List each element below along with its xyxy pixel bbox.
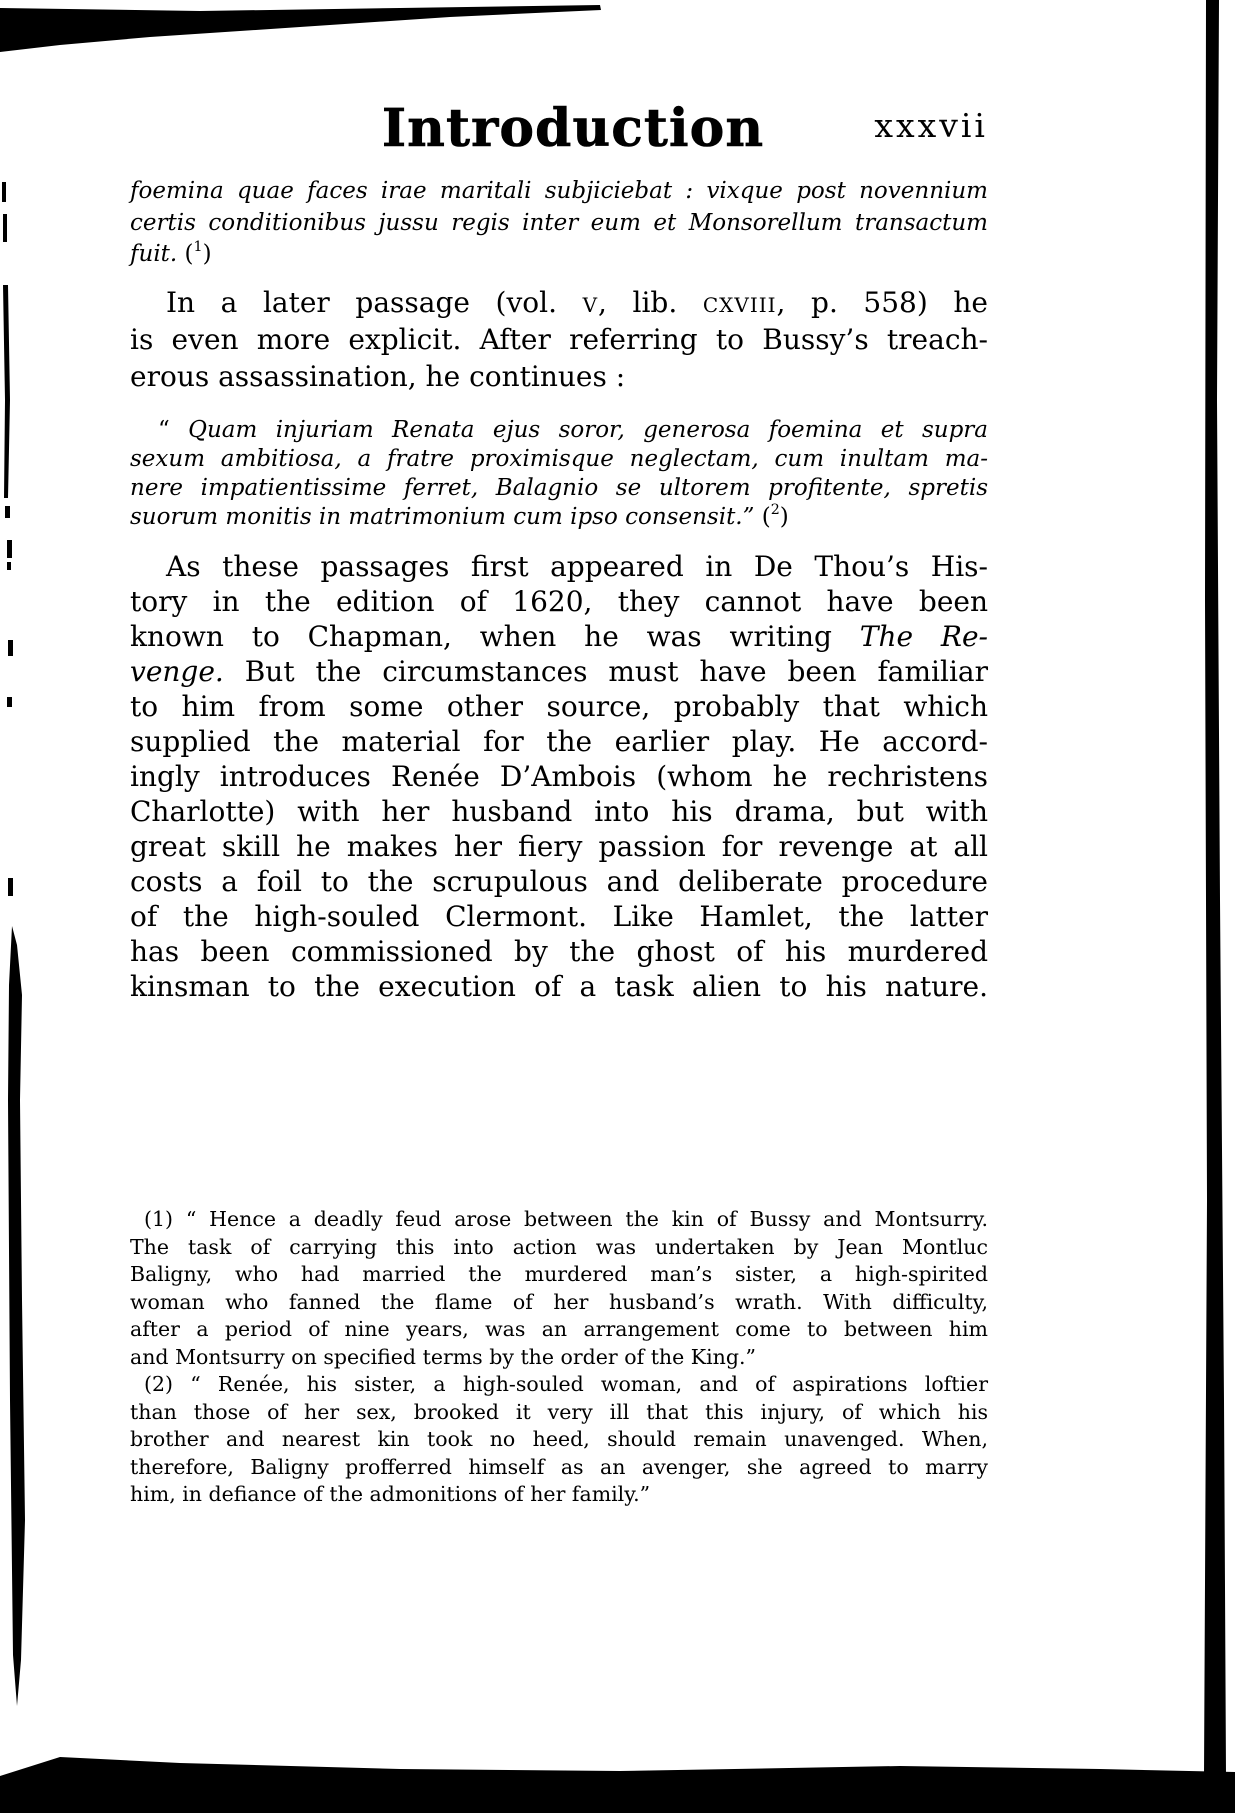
latin-extract-continued: foemina quae faces irae maritali subjici… (130, 176, 988, 271)
footnote-2: (2) “ Renée, his sister, a high-souled w… (130, 1371, 988, 1509)
text-line: tory in the edition of 1620, they cannot… (130, 584, 988, 619)
text-segment: ( (762, 504, 771, 530)
page-header: Introduction xxxvii (130, 98, 988, 170)
text-segment: (2) “ Renée, his sister, a high-souled w… (144, 1372, 988, 1396)
text-line: fuit. (1) (130, 239, 988, 271)
text-line: In a later passage (vol. v, lib. cxviii,… (130, 284, 988, 321)
text-segment: The Re- (860, 620, 988, 653)
text-line: woman who fanned the flame of her husban… (130, 1289, 988, 1317)
text-segment: In a later passage (vol. (166, 286, 583, 319)
text-segment: suorum monitis in matrimonium cum ipso c… (130, 504, 762, 530)
text-line: Baligny, who had married the murdered ma… (130, 1261, 988, 1289)
text-segment: after a period of nine years, was an arr… (130, 1317, 988, 1341)
text-segment: tory in the edition of 1620, they cannot… (130, 585, 988, 618)
text-segment: , p. 558) he (777, 286, 988, 319)
text-segment: ingly introduces Renée D’Ambois (whom he… (130, 760, 988, 793)
paragraph-later-passage: In a later passage (vol. v, lib. cxviii,… (130, 284, 988, 395)
text-segment: him, in defiance of the admonitions of h… (130, 1482, 650, 1506)
text-segment: Baligny, who had married the murdered ma… (130, 1262, 988, 1286)
text-segment: therefore, Baligny profferred himself as… (130, 1455, 988, 1479)
text-line: after a period of nine years, was an arr… (130, 1316, 988, 1344)
text-segment: Quam injuriam Renata ejus soror, generos… (188, 417, 988, 443)
text-segment: v (583, 286, 598, 319)
text-segment: and Montsurry on specified terms by the … (130, 1345, 756, 1369)
scan-artifact-left-streak (8, 926, 25, 1706)
text-segment: is even more explicit. After referring t… (130, 323, 988, 356)
text-line: (1) “ Hence a deadly feud arose between … (130, 1206, 988, 1234)
text-segment: great skill he makes her fiery passion f… (130, 830, 988, 863)
text-line: than those of her sex, brooked it very i… (130, 1399, 988, 1427)
text-line: sexum ambitiosa, a fratre proximisque ne… (130, 445, 988, 474)
book-page: Introduction xxxvii foemina quae faces i… (0, 0, 1235, 1813)
text-line: brother and nearest kin took no heed, sh… (130, 1426, 988, 1454)
text-segment: 1 (194, 239, 203, 255)
text-line: supplied the material for the earlier pl… (130, 724, 988, 759)
text-segment: brother and nearest kin took no heed, sh… (130, 1427, 988, 1451)
text-line: great skill he makes her fiery passion f… (130, 829, 988, 864)
text-segment: woman who fanned the flame of her husban… (130, 1290, 988, 1314)
text-segment: fuit. (130, 241, 185, 267)
text-segment: ) (203, 241, 212, 267)
text-segment: “ (158, 417, 188, 443)
text-segment: nere impatientissime ferret, Balagnio se… (130, 475, 988, 501)
text-line: and Montsurry on specified terms by the … (130, 1344, 988, 1372)
text-line: certis conditionibus jussu regis inter e… (130, 208, 988, 240)
text-segment: of the high-souled Clermont. Like Hamlet… (130, 900, 988, 933)
text-segment: foemina quae faces irae maritali subjici… (130, 178, 988, 204)
text-line: erous assassination, he continues : (130, 358, 988, 395)
text-line: venge. But the circumstances must have b… (130, 654, 988, 689)
text-line: costs a foil to the scrupulous and delib… (130, 864, 988, 899)
text-segment: ( (185, 241, 194, 267)
text-line: therefore, Baligny profferred himself as… (130, 1454, 988, 1482)
scan-artifact-top-edge (0, 5, 601, 52)
scan-artifact-right-bar (1204, 0, 1226, 1775)
text-segment: Charlotte) with her husband into his dra… (130, 795, 988, 828)
scan-artifact-bottom-bar (0, 1757, 1235, 1813)
text-line: of the high-souled Clermont. Like Hamlet… (130, 899, 988, 934)
text-line: him, in defiance of the admonitions of h… (130, 1481, 988, 1509)
text-line: nere impatientissime ferret, Balagnio se… (130, 474, 988, 503)
text-line: kinsman to the execution of a task alien… (130, 969, 988, 1004)
text-segment: 2 (771, 502, 780, 518)
page-title: Introduction (144, 98, 1002, 159)
text-line: has been commissioned by the ghost of hi… (130, 934, 988, 969)
text-segment: erous assassination, he continues : (130, 360, 625, 393)
page-number: xxxvii (874, 106, 988, 145)
text-line: ingly introduces Renée D’Ambois (whom he… (130, 759, 988, 794)
text-line: (2) “ Renée, his sister, a high-souled w… (130, 1371, 988, 1399)
text-line: suorum monitis in matrimonium cum ipso c… (130, 503, 988, 532)
text-line: Charlotte) with her husband into his dra… (130, 794, 988, 829)
text-segment: ) (780, 504, 789, 530)
text-segment: As these passages first appeared in De T… (166, 550, 988, 583)
text-segment: But the circumstances must have been fam… (224, 655, 988, 688)
text-segment: kinsman to the execution of a task alien… (130, 970, 988, 1003)
text-line: The task of carrying this into action wa… (130, 1234, 988, 1262)
text-line: to him from some other source, probably … (130, 689, 988, 724)
text-segment: sexum ambitiosa, a fratre proximisque ne… (130, 446, 988, 472)
text-line: is even more explicit. After referring t… (130, 321, 988, 358)
text-line: As these passages first appeared in De T… (130, 549, 988, 584)
text-segment: costs a foil to the scrupulous and delib… (130, 865, 988, 898)
text-segment: venge. (130, 655, 224, 688)
text-segment: has been commissioned by the ghost of hi… (130, 935, 988, 968)
text-segment: supplied the material for the earlier pl… (130, 725, 988, 758)
text-segment: (1) “ Hence a deadly feud arose between … (144, 1207, 988, 1231)
text-segment: certis conditionibus jussu regis inter e… (130, 210, 988, 236)
latin-quotation: “ Quam injuriam Renata ejus soror, gener… (130, 416, 988, 532)
text-segment: known to Chapman, when he was writing (130, 620, 860, 653)
text-line: “ Quam injuriam Renata ejus soror, gener… (130, 416, 988, 445)
text-line: foemina quae faces irae maritali subjici… (130, 176, 988, 208)
text-segment: cxviii (703, 286, 777, 319)
footnote-1: (1) “ Hence a deadly feud arose between … (130, 1206, 988, 1371)
text-segment: , lib. (598, 286, 703, 319)
paragraph-as-these-passages: As these passages first appeared in De T… (130, 549, 988, 1004)
text-segment: than those of her sex, brooked it very i… (130, 1400, 988, 1424)
text-segment: The task of carrying this into action wa… (130, 1235, 988, 1259)
text-segment: to him from some other source, probably … (130, 690, 988, 723)
text-line: known to Chapman, when he was writing Th… (130, 619, 988, 654)
